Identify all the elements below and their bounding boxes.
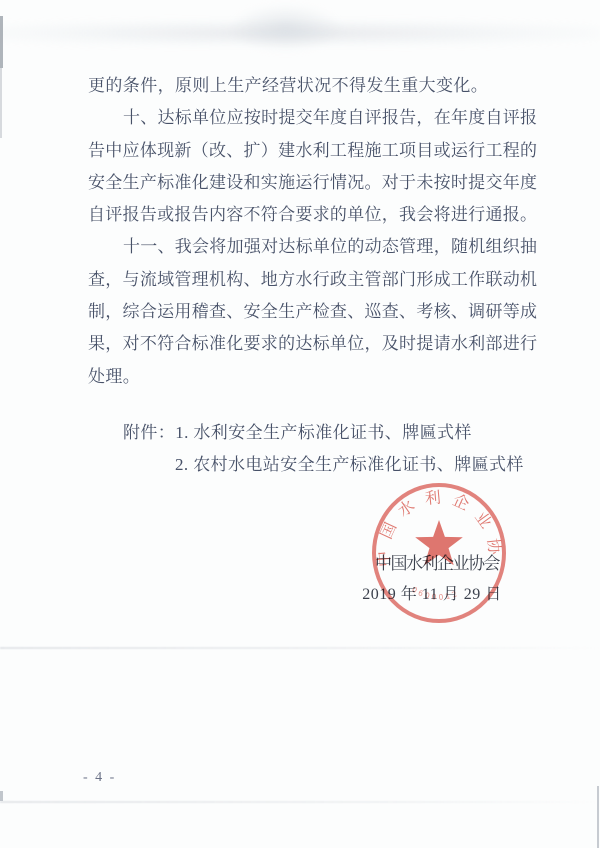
body-line: 自评报告或报告内容不符合要求的单位，我会将进行通报。 bbox=[88, 199, 537, 231]
body-line: 制，综合运用稽查、安全生产检查、巡查、考核、调研等成 bbox=[88, 296, 537, 328]
body-line: 果，对不符合标准化要求的达标单位，及时提请水利部进行 bbox=[88, 328, 537, 360]
scan-artifact-left-tick bbox=[0, 791, 3, 801]
body-line: 处理。 bbox=[88, 361, 537, 393]
body-line: 查，与流域管理机构、地方水行政主管部门形成工作联动机 bbox=[88, 264, 537, 296]
seal-serial-number: 0600012 bbox=[410, 585, 460, 602]
body-line: 安全生产标准化建设和实施运行情况。对于未按时提交年度 bbox=[88, 167, 537, 199]
scan-artifact-right-edge bbox=[597, 786, 599, 848]
attachment-item-1: 附件：1. 水利安全生产标准化证书、牌匾式样 bbox=[123, 417, 524, 449]
document-page: 更的条件，原则上生产经营状况不得发生重大变化。 十、达标单位应按时提交年度自评报… bbox=[0, 0, 600, 848]
attachment-item-2: 2. 农村水电站安全生产标准化证书、牌匾式样 bbox=[175, 449, 524, 481]
scan-artifact-top-band bbox=[0, 20, 600, 46]
scan-artifact-left-edge-2 bbox=[0, 68, 2, 138]
scan-artifact-left-edge bbox=[0, 16, 3, 68]
body-line: 更的条件，原则上生产经营状况不得发生重大变化。 bbox=[88, 70, 537, 102]
body-line: 十一、我会将加强对达标单位的动态管理，随机组织抽 bbox=[88, 231, 537, 263]
official-seal: 中国水利企业协会 0600012 bbox=[370, 482, 510, 630]
seal-star-icon bbox=[415, 520, 463, 565]
attachment-list: 附件：1. 水利安全生产标准化证书、牌匾式样 2. 农村水电站安全生产标准化证书… bbox=[123, 417, 524, 482]
body-line: 告中应体现新（改、扩）建水利工程施工项目或运行工程的 bbox=[88, 135, 537, 167]
document-body: 更的条件，原则上生产经营状况不得发生重大变化。 十、达标单位应按时提交年度自评报… bbox=[88, 70, 537, 393]
scan-artifact-bottom-line bbox=[0, 801, 600, 803]
page-number: - 4 - bbox=[83, 770, 116, 786]
scan-artifact-mid-line bbox=[0, 647, 600, 649]
scan-artifact-top-blob bbox=[228, 4, 343, 52]
body-line: 十、达标单位应按时提交年度自评报告，在年度自评报 bbox=[88, 102, 537, 134]
